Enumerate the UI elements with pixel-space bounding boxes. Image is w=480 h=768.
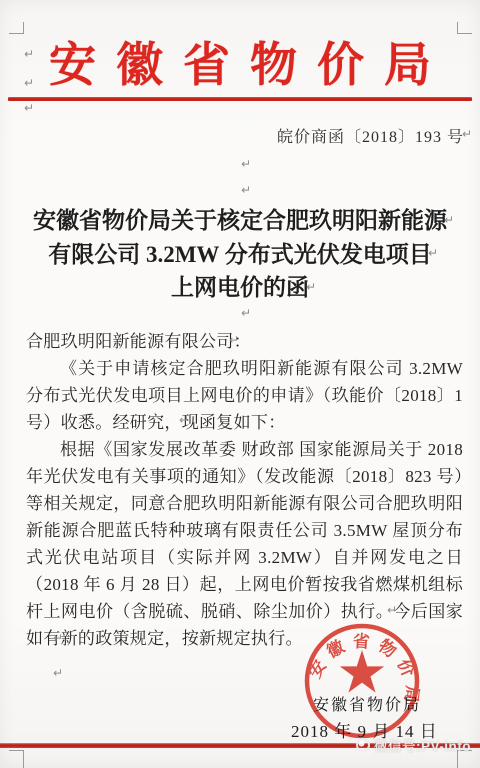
return-mark-icon: ↵ <box>241 184 251 196</box>
text-boundary-corner-icon <box>9 750 24 768</box>
wechat-logo-icon <box>356 738 370 752</box>
seal-star-icon <box>340 650 384 693</box>
return-mark-icon: ↵ <box>387 604 397 616</box>
body-paragraph-2: 根据《国家发展改革委 财政部 国家能源局关于 2018 年光伏发电有关事项的通知… <box>26 436 463 652</box>
text-boundary-corner-icon <box>9 22 24 34</box>
return-mark-icon: ↵ <box>53 667 63 679</box>
signature-agency: 安徽省物价局 <box>313 692 421 715</box>
text-boundary-corner-icon <box>457 22 472 34</box>
body-paragraph-1: 《关于申请核定合肥玖明阳新能源有限公司 3.2MW 分布式光伏发电项目上网电价的… <box>26 355 463 436</box>
document-title-line2: 有限公司 3.2MW 分布式光伏发电项目 <box>0 238 480 272</box>
document-title-line1: 安徽省物价局关于核定合肥玖明阳新能源 <box>0 204 480 238</box>
document-title: 安徽省物价局关于核定合肥玖明阳新能源 有限公司 3.2MW 分布式光伏发电项目 … <box>0 204 480 305</box>
return-mark-icon: ↵ <box>24 102 34 114</box>
document-number: 皖价商函〔2018〕193 号 <box>277 124 464 147</box>
document-body: 合肥玖明阳新能源有限公司： 《关于申请核定合肥玖明阳新能源有限公司 3.2MW … <box>26 328 463 652</box>
return-mark-icon: ↵ <box>241 307 251 319</box>
return-mark-icon: ↵ <box>241 158 251 170</box>
watermark-text: 微信号:PV-info <box>374 735 471 755</box>
watermark: 微信号:PV-info <box>356 735 471 755</box>
return-mark-icon: ↵ <box>444 214 454 226</box>
return-mark-icon: ↵ <box>428 247 438 259</box>
return-mark-icon: ↵ <box>306 281 316 293</box>
return-mark-icon: ↵ <box>179 414 189 426</box>
return-mark-icon: ↵ <box>462 128 472 140</box>
letterhead-agency-name: 安徽省物价局 <box>0 28 480 95</box>
official-letter-page: 安徽省物价局 皖价商函〔2018〕193 号 安徽省物价局关于核定合肥玖明阳新能… <box>0 0 480 768</box>
return-mark-icon: ↵ <box>24 48 34 60</box>
letterhead-divider-line <box>8 97 472 101</box>
return-mark-icon: ↵ <box>24 77 34 89</box>
document-title-line3: 上网电价的函 <box>0 271 480 305</box>
return-mark-icon: ↵ <box>229 334 239 346</box>
salutation: 合肥玖明阳新能源有限公司： <box>26 328 463 355</box>
return-mark-icon: ↵ <box>53 632 63 644</box>
